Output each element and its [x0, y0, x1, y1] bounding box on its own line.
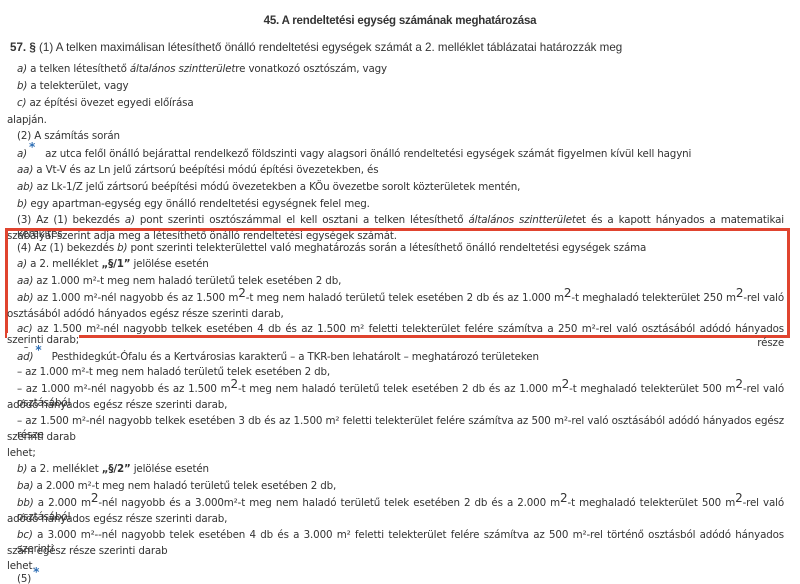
- point-4-ac-line2: szerinti darab;: [7, 333, 79, 347]
- point-57-a: a) a telken létesíthető általános szintt…: [17, 62, 387, 76]
- point-4-ba: ba) a 2.000 m²-t meg nem haladó területű…: [17, 479, 336, 493]
- document-page: 45. A rendeltetési egység számának megha…: [0, 0, 800, 584]
- dash-item-3: – az 1.500 m²-nél nagyobb telkek esetébe…: [17, 414, 784, 442]
- dash-item-1: – az 1.000 m²-t meg nem haladó területű …: [17, 365, 330, 379]
- point-4-ad: ad)*Pesthidegkút-Ófalu és a Kertvárosias…: [17, 349, 539, 364]
- point-2-aa: aa) a Vt-V és az Ln jelű zártsorú beépít…: [17, 163, 378, 177]
- point-4-b: b) a 2. melléklet „§/2” jelölése esetén: [17, 462, 209, 476]
- alapjan-text: alapján.: [7, 113, 47, 127]
- dash-item-3-line2: szerinti darab: [7, 430, 76, 444]
- section-heading: 45. A rendeltetési egység számának megha…: [0, 15, 800, 27]
- amendment-asterisk-icon[interactable]: *: [33, 565, 39, 579]
- dash-item-2-line2: adódó hányados egész része szerinti dara…: [7, 398, 227, 412]
- amendment-asterisk-icon[interactable]: *: [35, 343, 41, 357]
- lehet-text-1: lehet;: [7, 446, 36, 460]
- point-4-bb-line2: adódó hányados egész része szerinti dara…: [7, 512, 227, 526]
- point-4-ab-line2: osztásából adódó hányados egész része sz…: [7, 307, 284, 321]
- paragraph-57-1: 57. § (1) A telken maximálisan létesíthe…: [10, 41, 622, 55]
- point-2-a: a)*az utca felől önálló bejárattal rende…: [17, 146, 691, 161]
- point-2-ab: ab) az Lk-1/Z jelű zártsorú beépítési mó…: [17, 180, 520, 194]
- defined-term: általános szintterület: [130, 63, 235, 75]
- amendment-asterisk-icon[interactable]: *: [29, 140, 35, 154]
- point-57-c: c) az építési övezet egyedi előírása: [17, 96, 193, 110]
- point-4-a: a) a 2. melléklet „§/1” jelölése esetén: [17, 257, 209, 271]
- point-4-ac: ac) az 1.500 m²-nél nagyobb telkek eseté…: [17, 322, 784, 350]
- point-2-b: b) egy apartman-egység egy önálló rendel…: [17, 197, 370, 211]
- point-4-aa: aa) az 1.000 m²-t meg nem haladó terület…: [17, 274, 341, 288]
- paragraph-4: (4) Az (1) bekezdés b) pont szerinti tel…: [17, 241, 646, 255]
- section-number: 57. §: [10, 41, 36, 54]
- point-4-bc-line2: szám egész része szerinti darab: [7, 544, 168, 558]
- point-4-ab: ab) az 1.000 m²-nél nagyobb és az 1.500 …: [17, 291, 784, 305]
- paragraph-5: (5)*: [17, 571, 49, 584]
- point-57-b: b) a telekterület, vagy: [17, 79, 128, 93]
